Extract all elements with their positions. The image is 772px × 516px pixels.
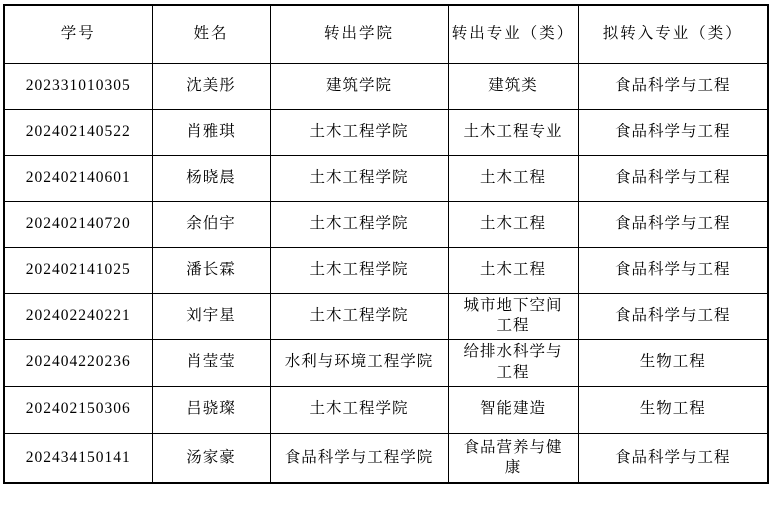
- header-to-major: 拟转入专业（类）: [578, 5, 768, 63]
- cell-student-id: 202434150141: [4, 433, 152, 483]
- cell-from-major: 给排水科学与 工程: [448, 339, 578, 386]
- table-row: 202402141025 潘长霖 土木工程学院 土木工程 食品科学与工程: [4, 247, 768, 293]
- cell-from-college: 土木工程学院: [270, 293, 448, 339]
- table-row: 202402140601 杨晓晨 土木工程学院 土木工程 食品科学与工程: [4, 155, 768, 201]
- cell-student-id: 202404220236: [4, 339, 152, 386]
- cell-to-major: 食品科学与工程: [578, 63, 768, 109]
- cell-name: 刘宇星: [152, 293, 270, 339]
- cell-student-id: 202402240221: [4, 293, 152, 339]
- table-row: 202404220236 肖莹莹 水利与环境工程学院 给排水科学与 工程 生物工…: [4, 339, 768, 386]
- student-transfer-table: 学号 姓名 转出学院 转出专业（类） 拟转入专业（类） 202331010305…: [3, 4, 769, 484]
- cell-to-major: 食品科学与工程: [578, 433, 768, 483]
- cell-from-major: 智能建造: [448, 386, 578, 433]
- cell-name: 余伯宇: [152, 201, 270, 247]
- cell-from-college: 建筑学院: [270, 63, 448, 109]
- header-name: 姓名: [152, 5, 270, 63]
- cell-name: 吕骁璨: [152, 386, 270, 433]
- cell-to-major: 食品科学与工程: [578, 109, 768, 155]
- cell-to-major: 生物工程: [578, 339, 768, 386]
- header-student-id: 学号: [4, 5, 152, 63]
- cell-to-major: 食品科学与工程: [578, 201, 768, 247]
- cell-from-college: 土木工程学院: [270, 201, 448, 247]
- cell-student-id: 202402150306: [4, 386, 152, 433]
- table-row: 202402150306 吕骁璨 土木工程学院 智能建造 生物工程: [4, 386, 768, 433]
- cell-from-major: 食品营养与健 康: [448, 433, 578, 483]
- cell-from-major: 城市地下空间 工程: [448, 293, 578, 339]
- cell-from-college: 土木工程学院: [270, 386, 448, 433]
- cell-from-major: 土木工程专业: [448, 109, 578, 155]
- cell-from-college: 水利与环境工程学院: [270, 339, 448, 386]
- table-row: 202402140720 余伯宇 土木工程学院 土木工程 食品科学与工程: [4, 201, 768, 247]
- page: 学号 姓名 转出学院 转出专业（类） 拟转入专业（类） 202331010305…: [0, 0, 772, 516]
- cell-from-college: 食品科学与工程学院: [270, 433, 448, 483]
- cell-from-college: 土木工程学院: [270, 247, 448, 293]
- table-header-row: 学号 姓名 转出学院 转出专业（类） 拟转入专业（类）: [4, 5, 768, 63]
- cell-from-major: 土木工程: [448, 201, 578, 247]
- cell-name: 肖莹莹: [152, 339, 270, 386]
- cell-to-major: 食品科学与工程: [578, 247, 768, 293]
- cell-name: 杨晓晨: [152, 155, 270, 201]
- cell-to-major: 食品科学与工程: [578, 155, 768, 201]
- table-row: 202402140522 肖雅琪 土木工程学院 土木工程专业 食品科学与工程: [4, 109, 768, 155]
- cell-name: 汤家豪: [152, 433, 270, 483]
- cell-from-college: 土木工程学院: [270, 109, 448, 155]
- cell-to-major: 生物工程: [578, 386, 768, 433]
- cell-student-id: 202402140601: [4, 155, 152, 201]
- cell-name: 肖雅琪: [152, 109, 270, 155]
- header-from-major: 转出专业（类）: [448, 5, 578, 63]
- header-from-college: 转出学院: [270, 5, 448, 63]
- cell-student-id: 202331010305: [4, 63, 152, 109]
- cell-to-major: 食品科学与工程: [578, 293, 768, 339]
- cell-from-major: 土木工程: [448, 155, 578, 201]
- cell-student-id: 202402141025: [4, 247, 152, 293]
- table-row: 202331010305 沈美彤 建筑学院 建筑类 食品科学与工程: [4, 63, 768, 109]
- cell-student-id: 202402140720: [4, 201, 152, 247]
- cell-from-major: 建筑类: [448, 63, 578, 109]
- table-row: 202434150141 汤家豪 食品科学与工程学院 食品营养与健 康 食品科学…: [4, 433, 768, 483]
- table-row: 202402240221 刘宇星 土木工程学院 城市地下空间 工程 食品科学与工…: [4, 293, 768, 339]
- cell-name: 潘长霖: [152, 247, 270, 293]
- cell-from-major: 土木工程: [448, 247, 578, 293]
- cell-from-college: 土木工程学院: [270, 155, 448, 201]
- cell-student-id: 202402140522: [4, 109, 152, 155]
- cell-name: 沈美彤: [152, 63, 270, 109]
